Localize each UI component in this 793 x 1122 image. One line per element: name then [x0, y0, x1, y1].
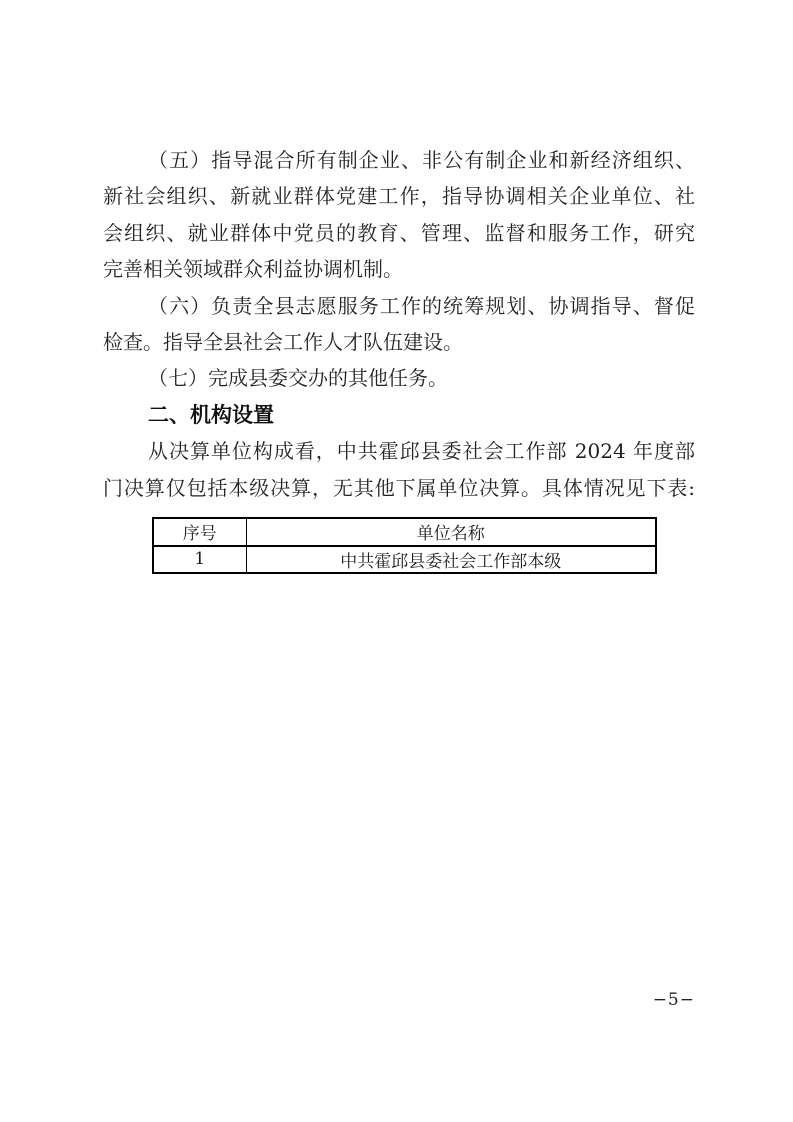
para5-line-2: 新社会组织、新就业群体党建工作，指导协调相关企业单位、社 [103, 178, 695, 214]
section-heading: 二、机构设置 [103, 397, 695, 433]
table-header-row: 序号 单位名称 [153, 518, 656, 546]
table-row: 1 中共霍邱县委社会工作部本级 [153, 546, 656, 573]
table-cell-unit-name: 中共霍邱县委社会工作部本级 [246, 546, 656, 573]
document-page: （五）指导混合所有制企业、非公有制企业和新经济组织、 新社会组织、新就业群体党建… [0, 0, 793, 1122]
para5-line-4: 完善相关领域群众利益协调机制。 [103, 251, 695, 287]
para8-line-2: 门决算仅包括本级决算，无其他下属单位决算。具体情况见下表: [103, 470, 695, 506]
para6-line-1: （六）负责全县志愿服务工作的统筹规划、协调指导、督促 [103, 288, 695, 324]
table-header-unit-name: 单位名称 [246, 518, 656, 546]
document-body: （五）指导混合所有制企业、非公有制企业和新经济组织、 新社会组织、新就业群体党建… [103, 142, 695, 574]
para7-line-1: （七）完成县委交办的其他任务。 [103, 360, 695, 396]
para6-line-2: 检查。指导全县社会工作人才队伍建设。 [103, 324, 695, 360]
page-number: −5− [653, 990, 695, 1010]
table-header-serial: 序号 [153, 518, 246, 546]
para8-line-1: 从决算单位构成看，中共霍邱县委社会工作部 2024 年度部 [103, 433, 695, 469]
para5-line-3: 会组织、就业群体中党员的教育、管理、监督和服务工作，研究 [103, 215, 695, 251]
table-cell-serial: 1 [153, 546, 246, 573]
para5-line-1: （五）指导混合所有制企业、非公有制企业和新经济组织、 [103, 142, 695, 178]
unit-list-table: 序号 单位名称 1 中共霍邱县委社会工作部本级 [152, 517, 657, 574]
